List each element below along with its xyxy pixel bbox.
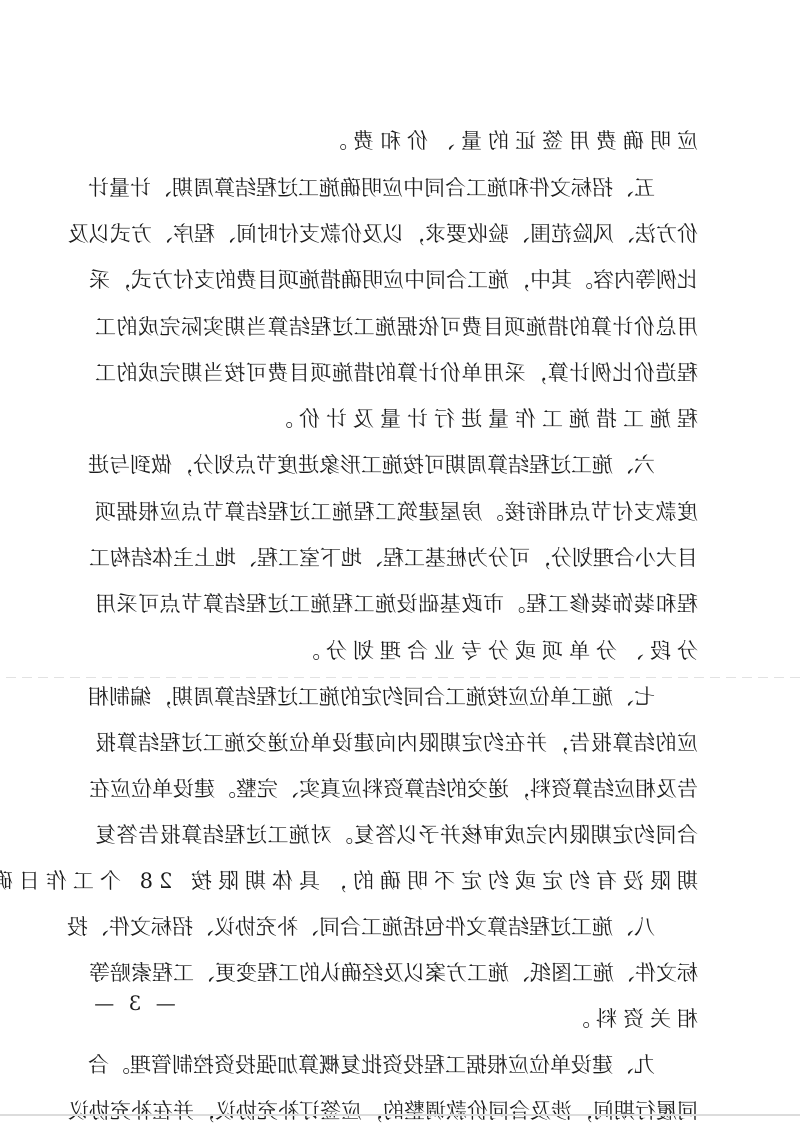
paragraph-line-section-6: 六、施工过程结算周期可按施工形象进度节点划分，做到与进 bbox=[95, 450, 655, 480]
paragraph-line-section-9: 九、建设单位应根据工程投资批复概算加强投资控制管理。合 bbox=[95, 1050, 655, 1080]
paragraph-line: 用总价计算的措施项目费可依据施工过程结算当期实际完成的工 bbox=[95, 312, 698, 342]
paragraph-line: 分段、分单项或分专业合理划分。 bbox=[95, 636, 698, 666]
document-page: 应明确费用签证的量、价和费。 五、招标文件和施工合同中应明确施工过程结算周期、计… bbox=[0, 0, 800, 1131]
scan-bottom-edge bbox=[0, 1114, 800, 1116]
paragraph-line: 合同约定期限内完成审核并予以答复。对施工过程结算报告答复 bbox=[95, 820, 698, 850]
paragraph-line: 度款支付节点相衔接。房屋建筑工程施工过程结算节点应根据项 bbox=[95, 497, 698, 527]
paragraph-line: 目大小合理划分，可分为桩基工程、地下室工程、地上主体结构工 bbox=[95, 543, 698, 573]
paragraph-line: 应明确费用签证的量、价和费。 bbox=[95, 126, 698, 156]
paragraph-line-section-7: 七、施工单位应按施工合同约定的施工过程结算周期，编制相 bbox=[95, 682, 655, 712]
paragraph-line: 应的结算报告，并在约定期限内向建设单位递交施工过程结算报 bbox=[95, 728, 698, 758]
paragraph-line-section-8: 八、施工过程结算文件包括施工合同、补充协议、招标文件、投 bbox=[95, 912, 655, 942]
paragraph-line: 程造价比例计算，采用单价计算的措施项目费可按当期完成的工 bbox=[95, 358, 698, 388]
paragraph-line: 同履行期间，涉及合同价款调整的，应签订补充协议，并在补充协议 bbox=[95, 1096, 698, 1126]
paragraph-line: 程和装饰装修工程。市政基础设施工程施工过程结算节点可采用 bbox=[95, 589, 698, 619]
paragraph-line: 比例等内容。其中，施工合同中应明确措施项目费的支付方式，采 bbox=[95, 265, 698, 295]
paragraph-line: 告及相应结算资料，递交的结算资料应真实、完整。建设单位应在 bbox=[95, 774, 698, 804]
page-number: — 3 — bbox=[78, 990, 188, 1016]
paragraph-line: 程施工措施工作量进行计量及计价。 bbox=[95, 404, 698, 434]
paragraph-line: 价方法、风险范围、验收要求，以及价款支付时间、程序、方式以及 bbox=[95, 219, 698, 249]
paragraph-line: 标文件、施工图纸、施工方案以及经确认的工程变更、工程索赔等 bbox=[95, 958, 698, 988]
scan-fold-line bbox=[0, 677, 800, 678]
paragraph-line-section-5: 五、招标文件和施工合同中应明确施工过程结算周期、计量计 bbox=[95, 173, 655, 203]
paragraph-line: 期限没有约定或约定不明确的，具体期限按 28 个工作日确定。 bbox=[95, 866, 698, 896]
